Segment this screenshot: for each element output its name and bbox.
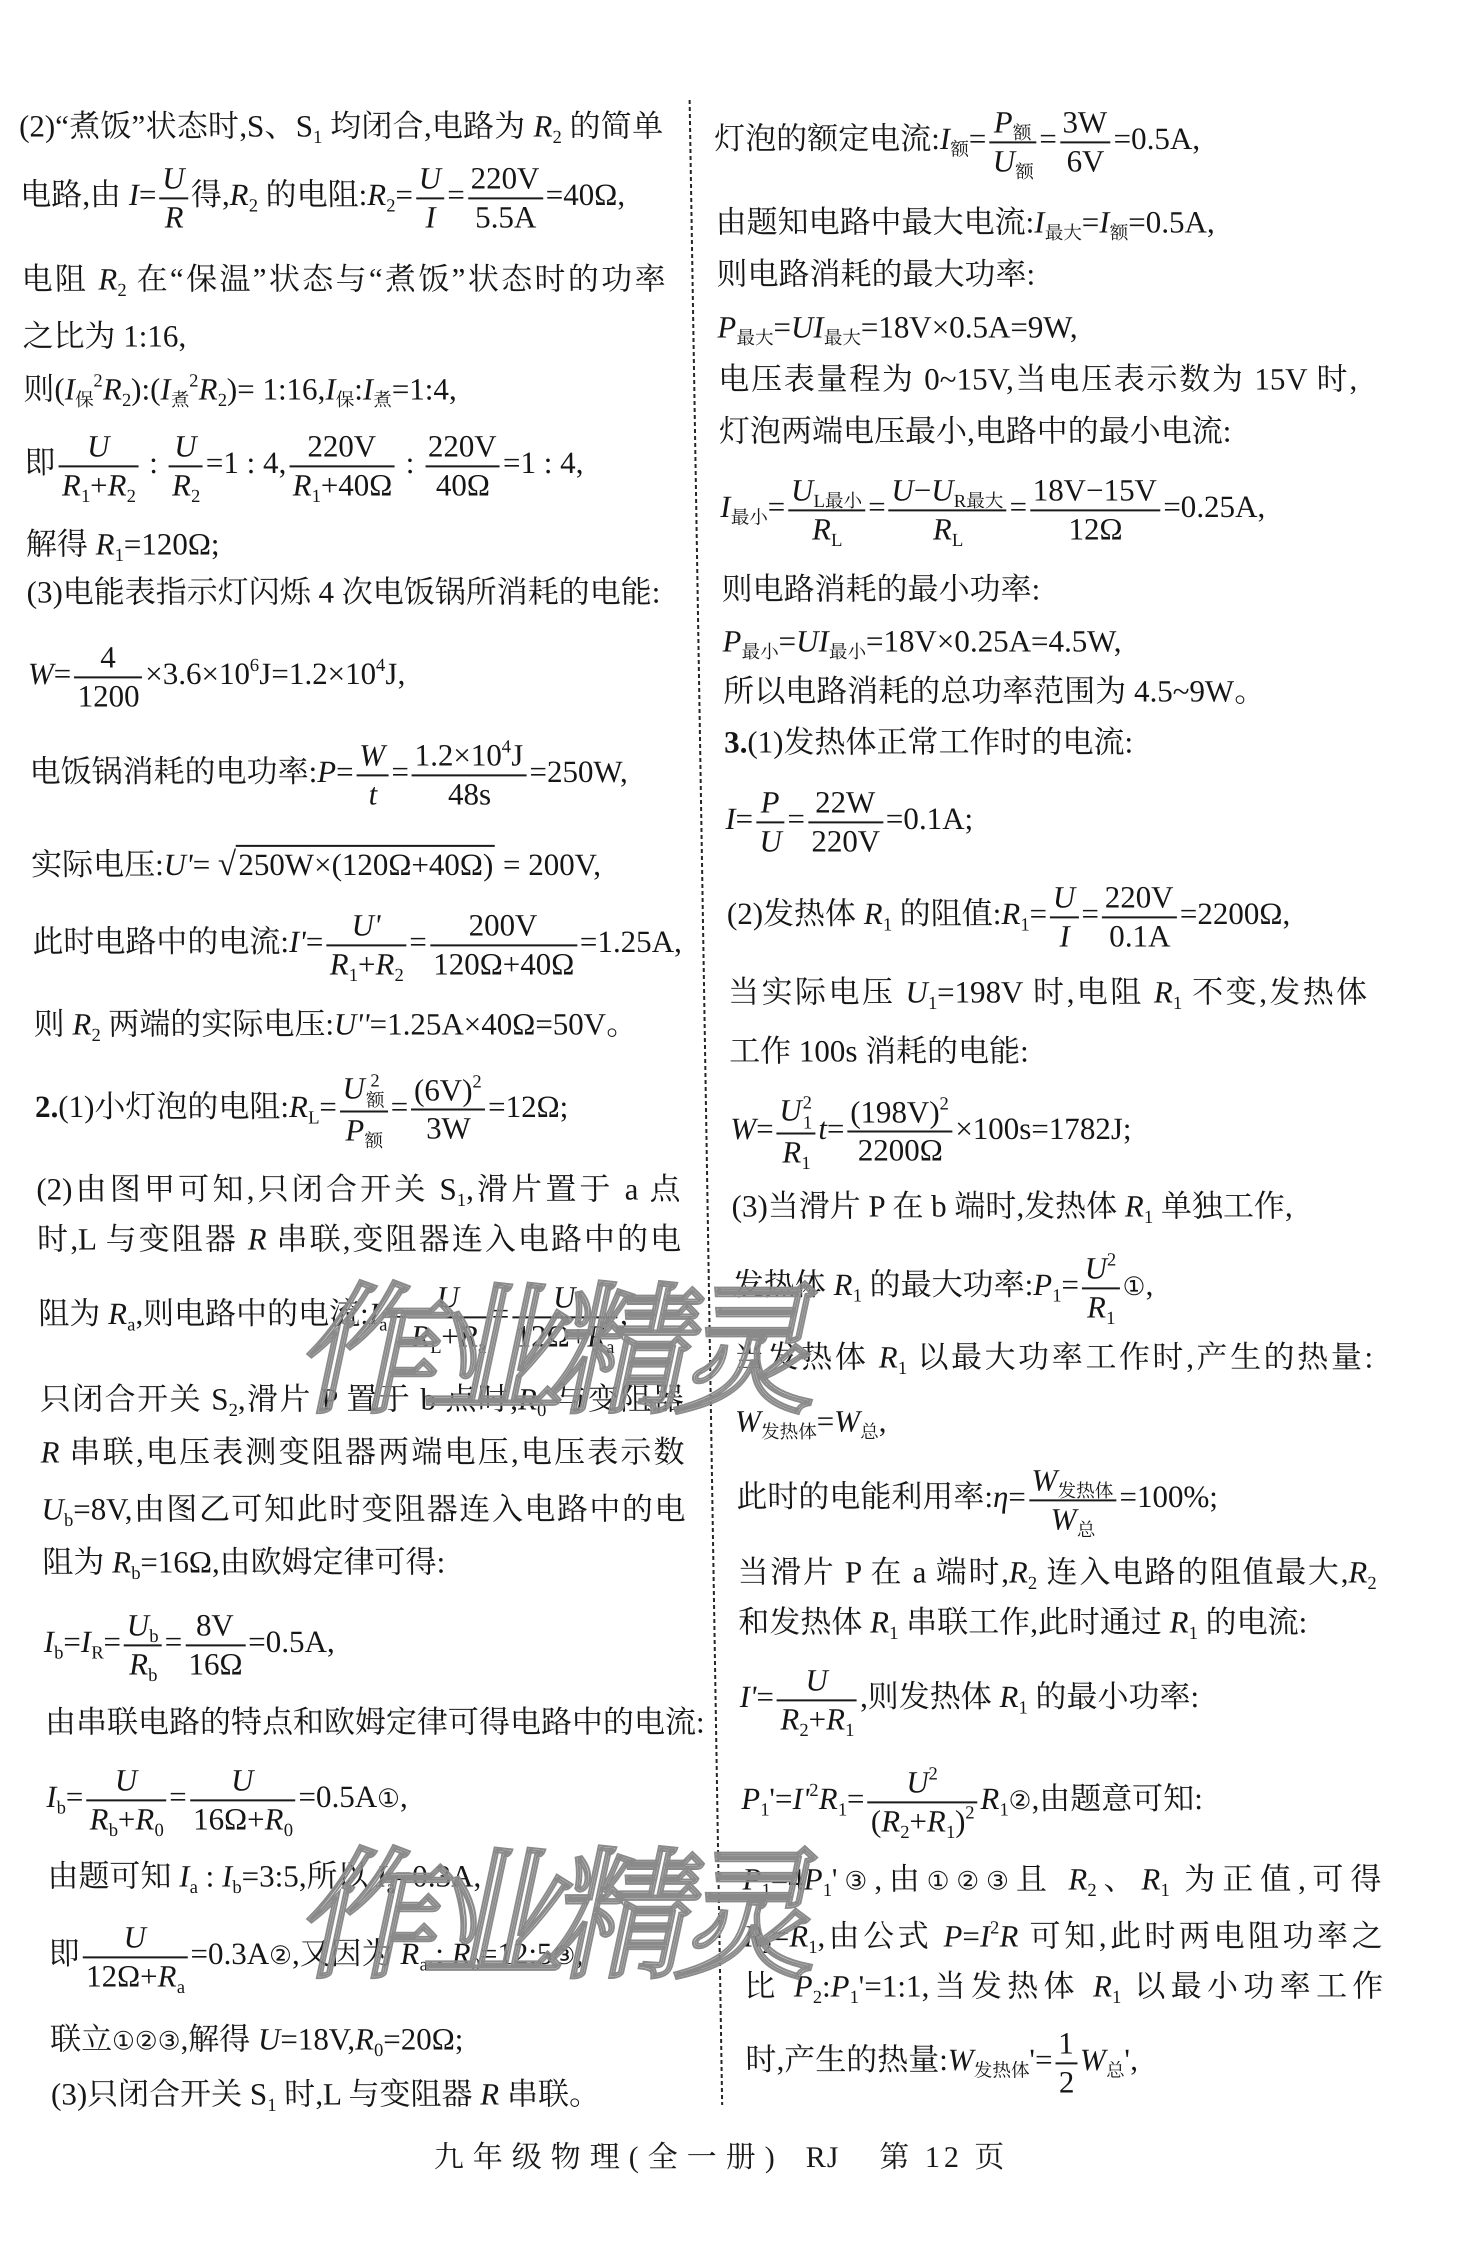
- text-run: 由串联电路的特点和欧姆定律可得电路中的电流:: [45, 1705, 705, 1740]
- numerator: 220V: [467, 160, 542, 197]
- text-line: 和发热体 R1 串联工作,此时通过 R1 的电流:: [738, 1603, 1308, 1644]
- text-run: =: [1039, 121, 1057, 156]
- text-run: '=: [1029, 2042, 1053, 2077]
- subscript: 2: [127, 486, 137, 507]
- subscript: 煮: [171, 390, 190, 411]
- denominator: (R2+R1)2: [868, 1801, 979, 1840]
- subscript: 额: [950, 140, 969, 161]
- circled-number: ②: [269, 1940, 292, 1970]
- text-run: 由题可知: [47, 1859, 179, 1894]
- text-run: =198V 时,电阻: [937, 975, 1154, 1010]
- text-run: =: [816, 1404, 834, 1439]
- text-run: ):(: [131, 372, 161, 407]
- math-variable: I: [1034, 205, 1045, 240]
- math-variable: P: [943, 1919, 963, 1954]
- text-run: =: [319, 1089, 337, 1124]
- text-run: ,由题意可知:: [1031, 1781, 1203, 1816]
- denominator: U: [756, 821, 785, 860]
- text-run: 1.2×10: [414, 737, 502, 772]
- math-variable: R: [107, 467, 127, 502]
- subscript: 0: [154, 1820, 164, 1841]
- circled-number: ①: [1122, 1271, 1145, 1301]
- text-run: J=1.2×10: [259, 656, 376, 691]
- text-run: 阻为: [42, 1545, 112, 1580]
- subscript: 发热体: [974, 2061, 1030, 2082]
- fraction: 3W6V: [1059, 104, 1111, 179]
- subscript: 2: [1087, 1880, 1097, 1901]
- text-run: '=1:1,当发热体: [858, 1969, 1093, 2004]
- subscript: 最小: [741, 642, 779, 663]
- text-line: I'=UR2+R1,则发热体 R1 的最小功率:: [739, 1662, 1200, 1737]
- subscript: 1: [898, 1358, 908, 1379]
- math-variable: R: [108, 1296, 128, 1331]
- text-run: =: [336, 754, 354, 789]
- fraction: U'R1+R2: [326, 907, 407, 982]
- text-run: 串联,电压表测变阻器两端电压,电压表示数: [59, 1435, 685, 1470]
- math-variable: R: [743, 1919, 763, 1954]
- math-variable: U: [115, 1762, 138, 1797]
- math-variable: R: [1141, 1862, 1161, 1897]
- text-run: =16Ω,由欧姆定律可得:: [140, 1545, 445, 1580]
- numerator: W: [356, 737, 388, 774]
- text-run: +40Ω: [320, 467, 392, 502]
- text-run: 当发热体: [734, 1340, 879, 1375]
- math-variable: R: [367, 177, 387, 212]
- subscript: 1: [801, 1153, 811, 1174]
- math-variable: W: [1050, 1501, 1076, 1536]
- text-line: 实际电压:U'= √250W×(120Ω+40Ω) = 200V,: [31, 843, 602, 887]
- text-run: 时,L 与变阻器: [276, 2077, 480, 2112]
- denominator: R1: [777, 1133, 816, 1172]
- text-run: 则(: [23, 372, 65, 407]
- text-run: :: [141, 445, 166, 480]
- text-line: 之比为 1:16,: [22, 317, 186, 358]
- text-run: 均闭合,电路为: [322, 109, 534, 144]
- math-variable: R: [1169, 1605, 1189, 1640]
- text-run: =20Ω;: [383, 2022, 464, 2057]
- text-run: ,又因为: [292, 1936, 401, 1971]
- text-run: =: [756, 1111, 774, 1146]
- text-run: =: [1029, 896, 1047, 931]
- subscript: 2: [799, 1720, 809, 1741]
- text-line: 由题可知 Ia : Ib=3:5,所以 Ia=0.3A,: [47, 1857, 481, 1898]
- radicand: 250W×(120Ω+40Ω): [236, 845, 496, 881]
- circled-number: ①②③: [112, 2026, 181, 2056]
- text-line: 电路,由 I=UR得,R2 的电阻:R2=UI=220V5.5A=40Ω,: [20, 160, 626, 235]
- math-variable: W: [730, 1111, 756, 1146]
- math-variable: R: [264, 1801, 284, 1836]
- numerator: U: [58, 428, 139, 465]
- text-line: Ib=IR=UbRb=8V16Ω=0.5A,: [43, 1607, 335, 1682]
- text-line: 当发热体 R1 以最大功率工作时,产生的热量:: [734, 1338, 1374, 1379]
- text-run: 与变阻器: [546, 1382, 684, 1417]
- text-run: =: [771, 1919, 789, 1954]
- subscript: a: [606, 1337, 615, 1358]
- text-run: 实际电压:: [31, 847, 164, 882]
- text-run: 得,: [191, 177, 230, 212]
- superscript: 2: [1107, 1249, 1117, 1270]
- numerator: 200V: [429, 907, 577, 944]
- text-run: =18V,: [280, 2022, 355, 2057]
- subscript: 1: [853, 1286, 863, 1307]
- superscript: 2: [802, 1094, 812, 1114]
- text-run: :: [398, 445, 423, 480]
- text-run: 220V: [1104, 879, 1173, 914]
- denominator: R1+R2: [59, 465, 140, 504]
- subscript: b: [149, 1626, 159, 1647]
- subscript: 0: [374, 2040, 384, 2061]
- sub-superscript: 2额: [366, 1072, 385, 1111]
- text-run: +: [118, 1801, 136, 1836]
- math-variable: I: [179, 1859, 190, 1894]
- text-line: 则电路消耗的最小功率:: [721, 570, 1040, 611]
- fraction: U−UR最大RL: [888, 472, 1007, 547]
- math-variable: W: [359, 737, 385, 772]
- text-run: 灯泡的额定电流:: [714, 121, 940, 156]
- math-variable: I: [222, 1859, 233, 1894]
- fraction: (6V)23W: [411, 1072, 486, 1147]
- subscript: 1: [1106, 1308, 1116, 1329]
- denominator: Rb: [124, 1644, 162, 1683]
- text-run: ',: [1124, 2042, 1138, 2077]
- text-line: (3)电能表指示灯闪烁 4 次电饭锅所消耗的电能:: [26, 573, 660, 614]
- text-run: ,滑片置于 a 点: [466, 1172, 681, 1207]
- subscript: 2: [813, 1987, 823, 2008]
- text-run: +: [808, 1701, 826, 1736]
- math-variable: R: [157, 1958, 177, 1993]
- subscript: 1: [1020, 915, 1030, 936]
- text-run: )= 1:16,: [227, 372, 326, 407]
- math-variable: U'': [334, 1007, 370, 1042]
- text-run: 则: [33, 1007, 72, 1042]
- text-run: 阻为: [38, 1296, 108, 1331]
- subscript: 发热体: [761, 1422, 817, 1443]
- text-line: 则电路消耗的最大功率:: [716, 255, 1035, 296]
- superscript: 2: [939, 1093, 949, 1114]
- denominator: P额: [340, 1111, 389, 1150]
- math-variable: R: [999, 1919, 1019, 1954]
- subscript: L: [952, 530, 964, 551]
- subscript: 1: [849, 1987, 859, 2008]
- math-variable: R: [129, 1646, 149, 1681]
- text-line: W=U21R1t=(198V)22200Ω×100s=1782J;: [730, 1093, 1132, 1172]
- math-variable: W: [1031, 1462, 1057, 1497]
- numerator: U2: [1081, 1250, 1119, 1287]
- math-variable: U': [163, 847, 193, 882]
- subscript: 1: [808, 1937, 818, 1958]
- fraction: U12Ω+Ra: [512, 1279, 618, 1354]
- subscript: b: [232, 1877, 242, 1898]
- math-variable: U: [1084, 1250, 1107, 1285]
- circled-number: ②: [1008, 1785, 1031, 1815]
- text-run: +: [909, 1803, 927, 1838]
- text-run: =0.1A;: [886, 801, 974, 836]
- math-variable: R: [98, 262, 118, 297]
- subscript: 1: [928, 993, 938, 1014]
- fraction: UI: [415, 160, 445, 235]
- left-column: (2)“煮饭”状态时,S、S1 均闭合,电路为 R2 的简单电路,由 I=UR得…: [17, 0, 698, 2256]
- fraction: UL最小RL: [788, 472, 866, 547]
- math-variable: P: [760, 784, 780, 819]
- page-number: 第 12 页: [879, 2141, 1009, 2174]
- text-run: =0.5A,: [248, 1624, 335, 1659]
- denominator: I: [416, 197, 445, 236]
- text-line: 所以电路消耗的总功率范围为 4.5~9W。: [723, 672, 1266, 713]
- math-variable: R: [72, 1007, 92, 1042]
- math-variable: R: [289, 1089, 309, 1124]
- math-variable: U: [436, 1279, 459, 1314]
- math-variable: U: [342, 1071, 365, 1106]
- numerator: U: [1050, 879, 1079, 916]
- subscript: 2: [218, 390, 228, 411]
- text-run: =: [1081, 205, 1099, 240]
- math-variable: U: [174, 428, 197, 463]
- math-variable: R: [172, 467, 192, 502]
- math-variable: R: [1154, 975, 1174, 1010]
- numerator: 8V: [185, 1607, 246, 1644]
- text-run: ,: [878, 1404, 886, 1439]
- numerator: U': [326, 907, 407, 944]
- math-variable: I: [43, 1624, 54, 1659]
- text-run: 40Ω: [436, 467, 491, 502]
- math-variable: P: [345, 1113, 365, 1148]
- text-run: =: [773, 310, 791, 345]
- text-run: ,则发热体: [860, 1679, 1000, 1714]
- text-run: 单独工作,: [1153, 1189, 1293, 1224]
- text-line: 解得 R1=120Ω;: [26, 525, 220, 566]
- text-run: 联立: [50, 2022, 113, 2057]
- math-variable: R: [782, 1135, 802, 1170]
- math-variable: W: [28, 656, 54, 691]
- superscript: 2: [93, 371, 103, 392]
- fraction: U2额P额: [339, 1071, 388, 1150]
- text-run: = 200V,: [495, 847, 601, 882]
- denominator: RL: [889, 509, 1007, 548]
- math-variable: R: [1001, 896, 1021, 931]
- subscript: R最大: [954, 491, 1004, 512]
- subscript: 1: [845, 1720, 855, 1741]
- math-variable: U: [906, 1764, 929, 1799]
- text-run: (2)发热体: [727, 896, 864, 931]
- math-variable: I: [1099, 205, 1110, 240]
- text-run: 则电路消耗的最小功率:: [721, 572, 1040, 607]
- math-variable: I: [940, 121, 951, 156]
- text-run: ,: [400, 1779, 408, 1814]
- text-run: =: [787, 801, 805, 836]
- text-run: 在“保温”状态与“煮饭”状态时的功率: [126, 262, 666, 297]
- denominator: W总: [1029, 1499, 1117, 1538]
- math-variable: R: [459, 1318, 479, 1353]
- text-run: 1: [1058, 2025, 1074, 2060]
- text-run: =: [767, 489, 785, 524]
- subscript: 最小: [829, 642, 867, 663]
- denominator: U额: [989, 141, 1037, 180]
- fraction: U16Ω+R0: [189, 1762, 296, 1837]
- numerator: U: [776, 1662, 857, 1699]
- numerator: W发热体: [1028, 1462, 1116, 1499]
- text-run: 时,L 与变阻器: [37, 1222, 248, 1257]
- text-run: =: [53, 656, 71, 691]
- fraction: P额U额: [989, 104, 1037, 179]
- numerator: (198V)2: [847, 1094, 952, 1131]
- text-run: 6V: [1066, 143, 1104, 178]
- fraction: U2(R2+R1)2: [867, 1764, 978, 1839]
- subscript: a: [177, 1977, 186, 1998]
- math-variable: UI: [791, 310, 824, 345]
- subscript: a: [419, 1955, 428, 1976]
- text-line: I=PU=22W220V=0.1A;: [725, 784, 974, 859]
- math-variable: R: [411, 1318, 431, 1353]
- text-run: 所以电路消耗的总功率范围为 4.5~9W。: [723, 674, 1266, 709]
- page-content: (2)“煮饭”状态时,S、S1 均闭合,电路为 R2 的简单电路,由 I=UR得…: [0, 0, 1478, 2256]
- math-variable: R: [198, 372, 218, 407]
- numerator: U2额: [339, 1071, 388, 1111]
- text-run: ,: [575, 1936, 583, 1971]
- text-run: (3)电能表指示灯闪烁 4 次电饭锅所消耗的电能:: [26, 575, 660, 610]
- text-line: (2)“煮饭”状态时,S、S1 均闭合,电路为 R2 的简单: [19, 107, 664, 148]
- subscript: 2: [91, 1025, 101, 1046]
- text-line: 由串联电路的特点和欧姆定律可得电路中的电流:: [45, 1703, 690, 1744]
- text-run: =: [827, 1111, 845, 1146]
- text-run: ): [955, 1803, 966, 1838]
- circled-number: ③: [552, 1940, 575, 1970]
- text-run: :: [427, 1936, 452, 1971]
- math-variable: W: [735, 1404, 761, 1439]
- math-variable: R: [451, 1936, 471, 1971]
- denominator: Rb+R0: [86, 1799, 167, 1838]
- text-run: 串联,变阻器连入电路中的电: [266, 1222, 681, 1257]
- text-run: =: [409, 924, 427, 959]
- subscript: 额: [1015, 162, 1034, 183]
- text-run: =: [390, 1089, 408, 1124]
- text-run: 的最大功率:: [862, 1267, 1034, 1302]
- subscript: 2: [122, 390, 132, 411]
- text-run: (3)只闭合开关 S: [51, 2077, 268, 2112]
- text-line: 由题知电路中最大电流:I最大=I额=0.5A,: [715, 203, 1215, 244]
- text-run: =: [1081, 896, 1099, 931]
- denominator: R1: [1082, 1287, 1120, 1326]
- subscript: L最小: [813, 491, 862, 512]
- math-variable: R: [95, 527, 115, 562]
- subscript: L: [430, 1337, 442, 1358]
- text-run: =: [164, 1624, 182, 1659]
- book-title: 九年级物理(全一册): [433, 2141, 784, 2174]
- fraction: 8V16Ω: [185, 1607, 246, 1682]
- subscript: a: [127, 1315, 136, 1336]
- fraction: 220V0.1A: [1101, 879, 1177, 954]
- text-line: Ib=URb+R0=U16Ω+R0=0.5A①,: [46, 1762, 409, 1837]
- text-line: P1'=I'2R1=U2(R2+R1)2R1②,由题意可知:: [741, 1764, 1204, 1839]
- text-run: =18V×0.25A=4.5W,: [866, 624, 1122, 659]
- math-variable: R: [112, 1545, 132, 1580]
- math-variable: U: [891, 472, 914, 507]
- text-run: =: [66, 1779, 84, 1814]
- text-run: 1200: [77, 678, 140, 713]
- text-line: R2=R1,由公式 P=I2R 可知,此时两电阻功率之: [743, 1917, 1383, 1958]
- subscript: 发热体: [1057, 1481, 1113, 1502]
- numerator: U2: [867, 1764, 978, 1801]
- fraction: U2R1: [1081, 1250, 1120, 1325]
- text-run: =: [735, 801, 753, 836]
- math-variable: R: [587, 1318, 607, 1353]
- text-run: 且: [1015, 1862, 1068, 1897]
- text-run: +: [358, 946, 376, 981]
- subscript: L: [308, 1108, 320, 1129]
- numerator: U: [512, 1279, 617, 1316]
- text-run: =: [868, 489, 886, 524]
- math-variable: R: [789, 1919, 809, 1954]
- text-run: 由题知电路中最大电流:: [715, 205, 1034, 240]
- problem-number: 3.: [724, 725, 748, 760]
- text-run: 220V: [428, 428, 497, 463]
- denominator: 1200: [74, 676, 143, 715]
- subscript: 保: [336, 390, 355, 411]
- text-run: 5.5A: [475, 199, 537, 234]
- math-variable: U': [351, 907, 381, 942]
- numerator: U−UR最大: [888, 472, 1006, 509]
- text-line: P最大=UI最大=18V×0.5A=9W,: [717, 308, 1078, 349]
- numerator: 4: [74, 639, 143, 676]
- math-variable: R: [40, 1435, 60, 1470]
- text-line: 当滑片 P 在 a 端时,R2 连入电路的阻值最大,R2: [737, 1553, 1377, 1594]
- text-line: Ub=8V,由图乙可知此时变阻器连入电路中的电: [41, 1490, 686, 1531]
- text-run: =18V×0.5A=9W,: [861, 310, 1078, 345]
- text-run: 灯泡两端电压最小,电路中的最小电流:: [719, 414, 1232, 449]
- text-line: 此时的电能利用率:η=W发热体W总=100%;: [736, 1462, 1219, 1537]
- subscript: 2: [191, 486, 201, 507]
- subscript: 总: [860, 1422, 879, 1443]
- math-variable: R: [826, 1701, 846, 1736]
- text-line: (2)发热体 R1 的阻值:R1=UI=220V0.1A=2200Ω,: [726, 879, 1291, 954]
- math-variable: R: [833, 1267, 853, 1302]
- subscript: 额: [366, 1091, 385, 1111]
- math-variable: I: [720, 489, 731, 524]
- numerator: 22W: [807, 784, 882, 821]
- text-line: 联立①②③,解得 U=18V,R0=20Ω;: [50, 2020, 464, 2061]
- math-variable: R: [89, 1801, 109, 1836]
- text-run: =8V,由图乙可知此时变阻器连入电路中的电: [73, 1492, 686, 1527]
- numerator: P: [756, 784, 785, 821]
- subscript: 1: [889, 1623, 899, 1644]
- text-run: 的电阻:: [258, 177, 368, 212]
- math-variable: W: [1080, 2042, 1106, 2077]
- math-variable: U: [418, 160, 441, 195]
- text-run: =1.25A×40Ω=50V。: [369, 1007, 637, 1042]
- text-run: +: [90, 467, 108, 502]
- subscript: 最大: [736, 328, 774, 349]
- text-run: ,: [620, 1296, 628, 1331]
- superscript: 2: [965, 1802, 975, 1823]
- text-run: 200V: [468, 907, 537, 942]
- math-variable: R: [878, 1340, 898, 1375]
- math-variable: R: [881, 1803, 901, 1838]
- denominator: 2200Ω: [847, 1131, 952, 1170]
- text-run: 12Ω: [1068, 511, 1123, 546]
- math-variable: UI: [796, 624, 829, 659]
- math-variable: U: [126, 1607, 149, 1642]
- fraction: (198V)22200Ω: [847, 1094, 953, 1169]
- math-variable: P: [793, 1969, 813, 2004]
- text-run: (2)“煮饭”状态时,S、S: [19, 109, 313, 144]
- subscript: 1: [313, 127, 323, 148]
- subscript: b: [54, 1643, 64, 1664]
- text-run: 电阻: [21, 262, 98, 297]
- math-variable: I': [739, 1679, 757, 1714]
- subscript: 保: [75, 390, 94, 411]
- subscript: a: [478, 1337, 487, 1358]
- subscript: 2: [900, 1822, 910, 1843]
- text-run: =: [778, 624, 796, 659]
